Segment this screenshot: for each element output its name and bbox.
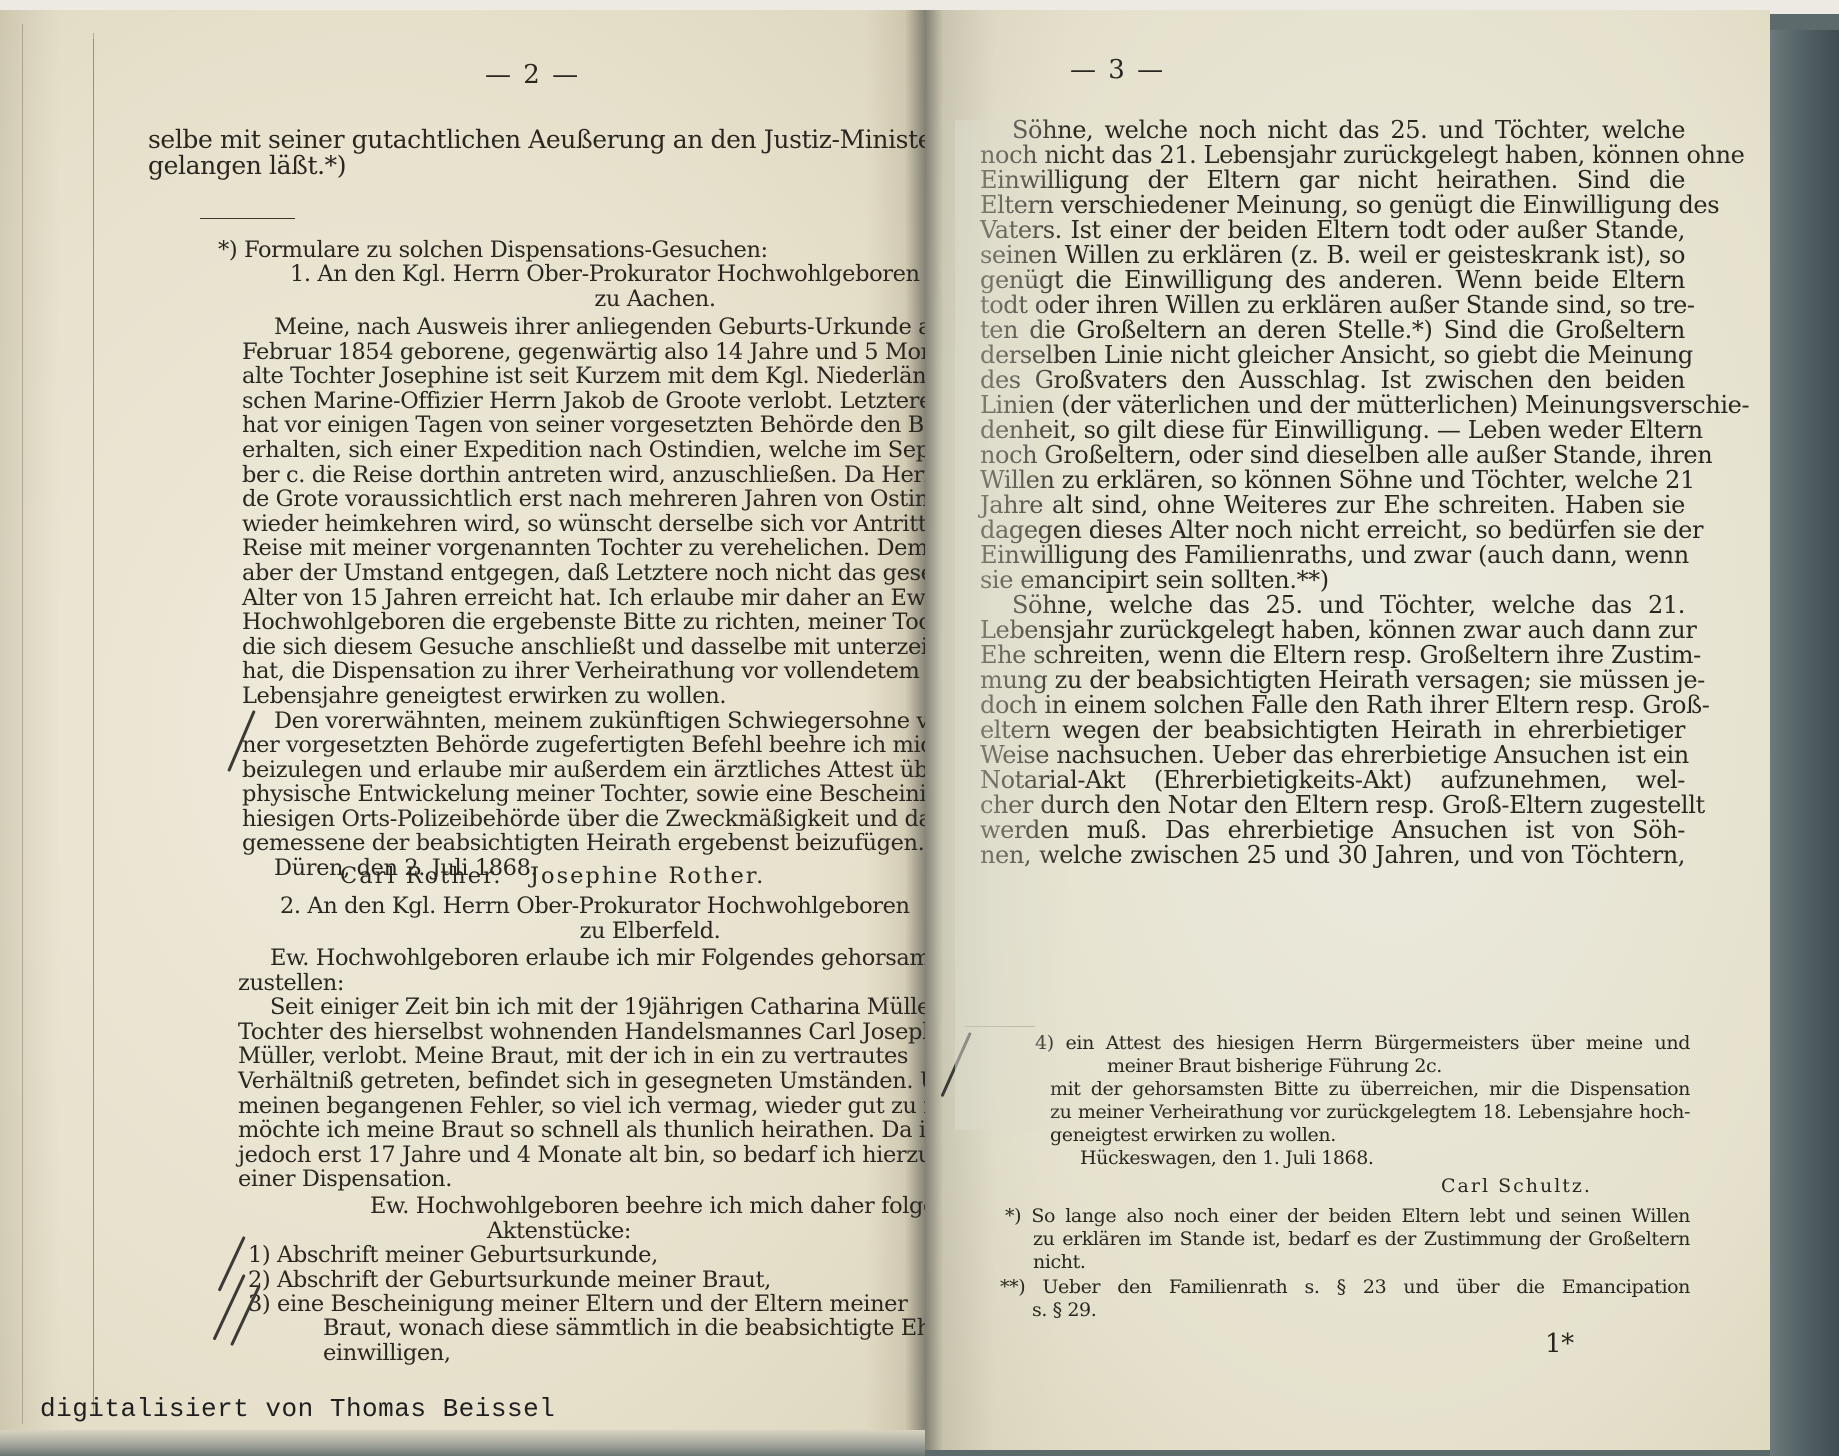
text-line: **) Ueber den Familienrath s. § 23 und ü… bbox=[1000, 1276, 1690, 1299]
text-line: Weise nachsuchen. Ueber das ehrerbietige… bbox=[980, 743, 1685, 768]
text-line: Söhne, welche noch nicht das 25. und Töc… bbox=[980, 118, 1685, 143]
text-line: aber der Umstand entgegen, daß Letztere … bbox=[242, 561, 898, 586]
text-line: Einwilligung der Eltern gar nicht heirat… bbox=[980, 168, 1685, 193]
text-line: Vaters. Ist einer der beiden Eltern todt… bbox=[980, 218, 1685, 243]
text-line: gemessene der beabsichtigten Heirath erg… bbox=[242, 831, 898, 856]
text-line: Söhne, welche das 25. und Töchter, welch… bbox=[980, 593, 1685, 618]
text-line: dagegen dieses Alter noch nicht erreicht… bbox=[980, 518, 1685, 543]
text-line: ner vorgesetzten Behörde zugefertigten B… bbox=[242, 733, 898, 758]
text-line: Müller, verlobt. Meine Braut, mit der ic… bbox=[238, 1044, 898, 1069]
text-line: geneigtest erwirken zu wollen. bbox=[1050, 1124, 1690, 1147]
form2-closing: mit der gehorsamsten Bitte zu überreiche… bbox=[1050, 1078, 1690, 1170]
footnote-rule bbox=[200, 218, 295, 219]
text-line: cher durch den Notar den Eltern resp. Gr… bbox=[980, 793, 1685, 818]
text-line: schen Marine-Offizier Herrn Jakob de Gro… bbox=[242, 389, 898, 414]
form2-heading: 2. An den Kgl. Herrn Ober-Prokurator Hoc… bbox=[280, 894, 900, 943]
text-line: denheit, so gilt diese für Einwilligung.… bbox=[980, 418, 1685, 443]
text-line: gelangen läßt.*) bbox=[148, 153, 893, 179]
text-line: Braut, wonach diese sämmtlich in die bea… bbox=[323, 1316, 898, 1341]
body-text-left: selbe mit seiner gutachtlichen Aeußerung… bbox=[148, 127, 893, 179]
footnote-2: **) Ueber den Familienrath s. § 23 und ü… bbox=[1000, 1276, 1690, 1322]
gutter-blur bbox=[955, 120, 1070, 1130]
list-item: 2) Abschrift der Geburtsurkunde meiner B… bbox=[248, 1268, 898, 1293]
text-line: erhalten, sich einer Expedition nach Ost… bbox=[242, 438, 898, 463]
text-line: Meine, nach Ausweis ihrer anliegenden Ge… bbox=[242, 315, 898, 340]
text-line: Lebensjahre geneigtest erwirken zu wolle… bbox=[242, 684, 898, 709]
text-line: einwilligen, bbox=[323, 1341, 898, 1366]
text-line: seinen Willen zu erklären (z. B. weil er… bbox=[980, 243, 1685, 268]
text-line: nen, welche zwischen 25 und 30 Jahren, u… bbox=[980, 843, 1685, 868]
signature-josephine-rother: Josephine Rother. bbox=[530, 864, 765, 889]
text-line: noch Großeltern, oder sind dieselben all… bbox=[980, 443, 1685, 468]
text-line: Ehe schreiten, wenn die Eltern resp. Gro… bbox=[980, 643, 1685, 668]
form2-body: Ew. Hochwohlgeboren erlaube ich mir Folg… bbox=[238, 946, 898, 1192]
text-line: zu Elberfeld. bbox=[280, 919, 900, 944]
text-line: nicht. bbox=[1005, 1251, 1690, 1274]
text-line: *) So lange also noch einer der beiden E… bbox=[1005, 1205, 1690, 1228]
footnote-intro: *) Formulare zu solchen Dispensations-Ge… bbox=[218, 238, 898, 263]
text-line: Verhältniß getreten, befindet sich in ge… bbox=[238, 1069, 898, 1094]
text-line: 1. An den Kgl. Herrn Ober-Prokurator Hoc… bbox=[290, 262, 900, 287]
text-line: Reise mit meiner vorgenannten Tochter zu… bbox=[242, 536, 898, 561]
text-line: Tochter des hierselbst wohnenden Handels… bbox=[238, 1020, 898, 1045]
text-line: wieder heimkehren wird, so wünscht derse… bbox=[242, 512, 898, 537]
text-line: meinen begangenen Fehler, so viel ich ve… bbox=[238, 1094, 898, 1119]
text-line: todt oder ihren Willen zu erklären außer… bbox=[980, 293, 1685, 318]
text-line: eltern wegen der beabsichtigten Heirath … bbox=[980, 718, 1685, 743]
text-line: werden muß. Das ehrerbietige Ansuchen is… bbox=[980, 818, 1685, 843]
text-line: s. § 29. bbox=[1000, 1299, 1690, 1322]
text-line: möchte ich meine Braut so schnell als th… bbox=[238, 1118, 898, 1143]
left-page: — 2 — selbe mit seiner gutachtlichen Aeu… bbox=[0, 10, 925, 1450]
text-line: meiner Braut bisherige Führung 2c. bbox=[1035, 1055, 1690, 1078]
body-text-right: Söhne, welche noch nicht das 25. und Töc… bbox=[980, 118, 1685, 868]
signature-mark: 1* bbox=[1545, 1332, 1574, 1357]
text-line: mung zu der beabsichtigten Heirath versa… bbox=[980, 668, 1685, 693]
item4: 4) ein Attest des hiesigen Herrn Bürgerm… bbox=[1035, 1032, 1690, 1078]
page-stack-edges bbox=[22, 24, 93, 1424]
page-number-right: — 3 — bbox=[1070, 55, 1165, 85]
text-line: hiesigen Orts-Polizeibehörde über die Zw… bbox=[242, 807, 898, 832]
text-line: einer Dispensation. bbox=[238, 1167, 898, 1192]
text-line: ten die Großeltern an deren Stelle.*) Si… bbox=[980, 318, 1685, 343]
list-item: 3) eine Bescheinigung meiner Eltern und … bbox=[248, 1292, 898, 1317]
text-line: doch in einem solchen Falle den Rath ihr… bbox=[980, 693, 1685, 718]
text-line: Notarial-Akt (Ehrerbietigkeits-Akt) aufz… bbox=[980, 768, 1685, 793]
text-line: *) Formulare zu solchen Dispensations-Ge… bbox=[218, 238, 898, 263]
text-line: Ew. Hochwohlgeboren erlaube ich mir Folg… bbox=[238, 946, 898, 971]
text-line: alte Tochter Josephine ist seit Kurzem m… bbox=[242, 364, 898, 389]
form1-body: Meine, nach Ausweis ihrer anliegenden Ge… bbox=[242, 315, 898, 881]
text-line: Ew. Hochwohlgeboren beehre ich mich dahe… bbox=[370, 1194, 898, 1219]
text-line: selbe mit seiner gutachtlichen Aeußerung… bbox=[148, 127, 893, 153]
text-line: Eltern verschiedener Meinung, so genügt … bbox=[980, 193, 1685, 218]
text-line: sie emancipirt sein sollten.**) bbox=[980, 568, 1685, 593]
text-line: Aktenstücke: bbox=[370, 1219, 898, 1244]
text-line: jedoch erst 17 Jahre und 4 Monate alt bi… bbox=[238, 1143, 898, 1168]
watermark: digitalisiert von Thomas Beissel bbox=[40, 1394, 555, 1424]
text-line: Den vorerwähnten, meinem zukünftigen Sch… bbox=[242, 709, 898, 734]
signature-carl-rother: Carl Rother. bbox=[340, 864, 503, 889]
text-line: des Großvaters den Ausschlag. Ist zwisch… bbox=[980, 368, 1685, 393]
text-line: de Grote voraussichtlich erst nach mehre… bbox=[242, 487, 898, 512]
text-line: hat vor einigen Tagen von seiner vorgese… bbox=[242, 413, 898, 438]
list-item: 1) Abschrift meiner Geburtsurkunde, bbox=[248, 1243, 898, 1268]
text-line: 2. An den Kgl. Herrn Ober-Prokurator Hoc… bbox=[280, 894, 900, 919]
text-line: noch nicht das 21. Lebensjahr zurückgele… bbox=[980, 143, 1685, 168]
pencil-mark bbox=[213, 1274, 246, 1341]
text-line: genügt die Einwilligung des anderen. Wen… bbox=[980, 268, 1685, 293]
page-number-left: — 2 — bbox=[485, 60, 580, 90]
signature-carl-schultz: Carl Schultz. bbox=[1441, 1175, 1592, 1198]
text-line: Alter von 15 Jahren erreicht hat. Ich er… bbox=[242, 586, 898, 611]
text-line: Linien (der väterlichen und der mütterli… bbox=[980, 393, 1685, 418]
scanned-book-spread: — 2 — selbe mit seiner gutachtlichen Aeu… bbox=[0, 0, 1839, 1456]
place-date: Hückeswagen, den 1. Juli 1868. bbox=[1050, 1147, 1690, 1170]
text-line: zu meiner Verheirathung vor zurückgelegt… bbox=[1050, 1101, 1690, 1124]
text-line: zu Aachen. bbox=[290, 287, 900, 312]
form2-item3-continuation: Braut, wonach diese sämmtlich in die bea… bbox=[323, 1316, 898, 1365]
form1-heading: 1. An den Kgl. Herrn Ober-Prokurator Hoc… bbox=[290, 262, 900, 311]
text-line: hat, die Dispensation zu ihrer Verheirat… bbox=[242, 659, 898, 684]
text-line: Februar 1854 geborene, gegenwärtig also … bbox=[242, 340, 898, 365]
text-line: derselben Linie nicht gleicher Ansicht, … bbox=[980, 343, 1685, 368]
text-line: Willen zu erklären, so können Söhne und … bbox=[980, 468, 1685, 493]
list-item: 4) ein Attest des hiesigen Herrn Bürgerm… bbox=[1035, 1032, 1690, 1055]
text-line: Lebensjahr zurückgelegt haben, können zw… bbox=[980, 618, 1685, 643]
text-line: Hochwohlgeboren die ergebenste Bitte zu … bbox=[242, 610, 898, 635]
form2-request: Ew. Hochwohlgeboren beehre ich mich dahe… bbox=[370, 1194, 898, 1243]
text-line: ber c. die Reise dorthin antreten wird, … bbox=[242, 463, 898, 488]
text-line: physische Entwickelung meiner Tochter, s… bbox=[242, 782, 898, 807]
footnote-1: *) So lange also noch einer der beiden E… bbox=[1005, 1205, 1690, 1274]
book-cover-edge bbox=[1770, 30, 1839, 1456]
text-line: beizulegen und erlaube mir außerdem ein … bbox=[242, 758, 898, 783]
text-line: die sich diesem Gesuche anschließt und d… bbox=[242, 635, 898, 660]
text-line: Seit einiger Zeit bin ich mit der 19jähr… bbox=[238, 995, 898, 1020]
text-line: mit der gehorsamsten Bitte zu überreiche… bbox=[1050, 1078, 1690, 1101]
text-line: Einwilligung des Familienraths, und zwar… bbox=[980, 543, 1685, 568]
text-line: Jahre alt sind, ohne Weiteres zur Ehe sc… bbox=[980, 493, 1685, 518]
scan-bottom-edge bbox=[0, 1430, 925, 1456]
form2-items: 1) Abschrift meiner Geburtsurkunde, 2) A… bbox=[248, 1243, 898, 1317]
text-line: zu erklären im Stande ist, bedarf es der… bbox=[1005, 1228, 1690, 1251]
text-line: zustellen: bbox=[238, 971, 898, 996]
